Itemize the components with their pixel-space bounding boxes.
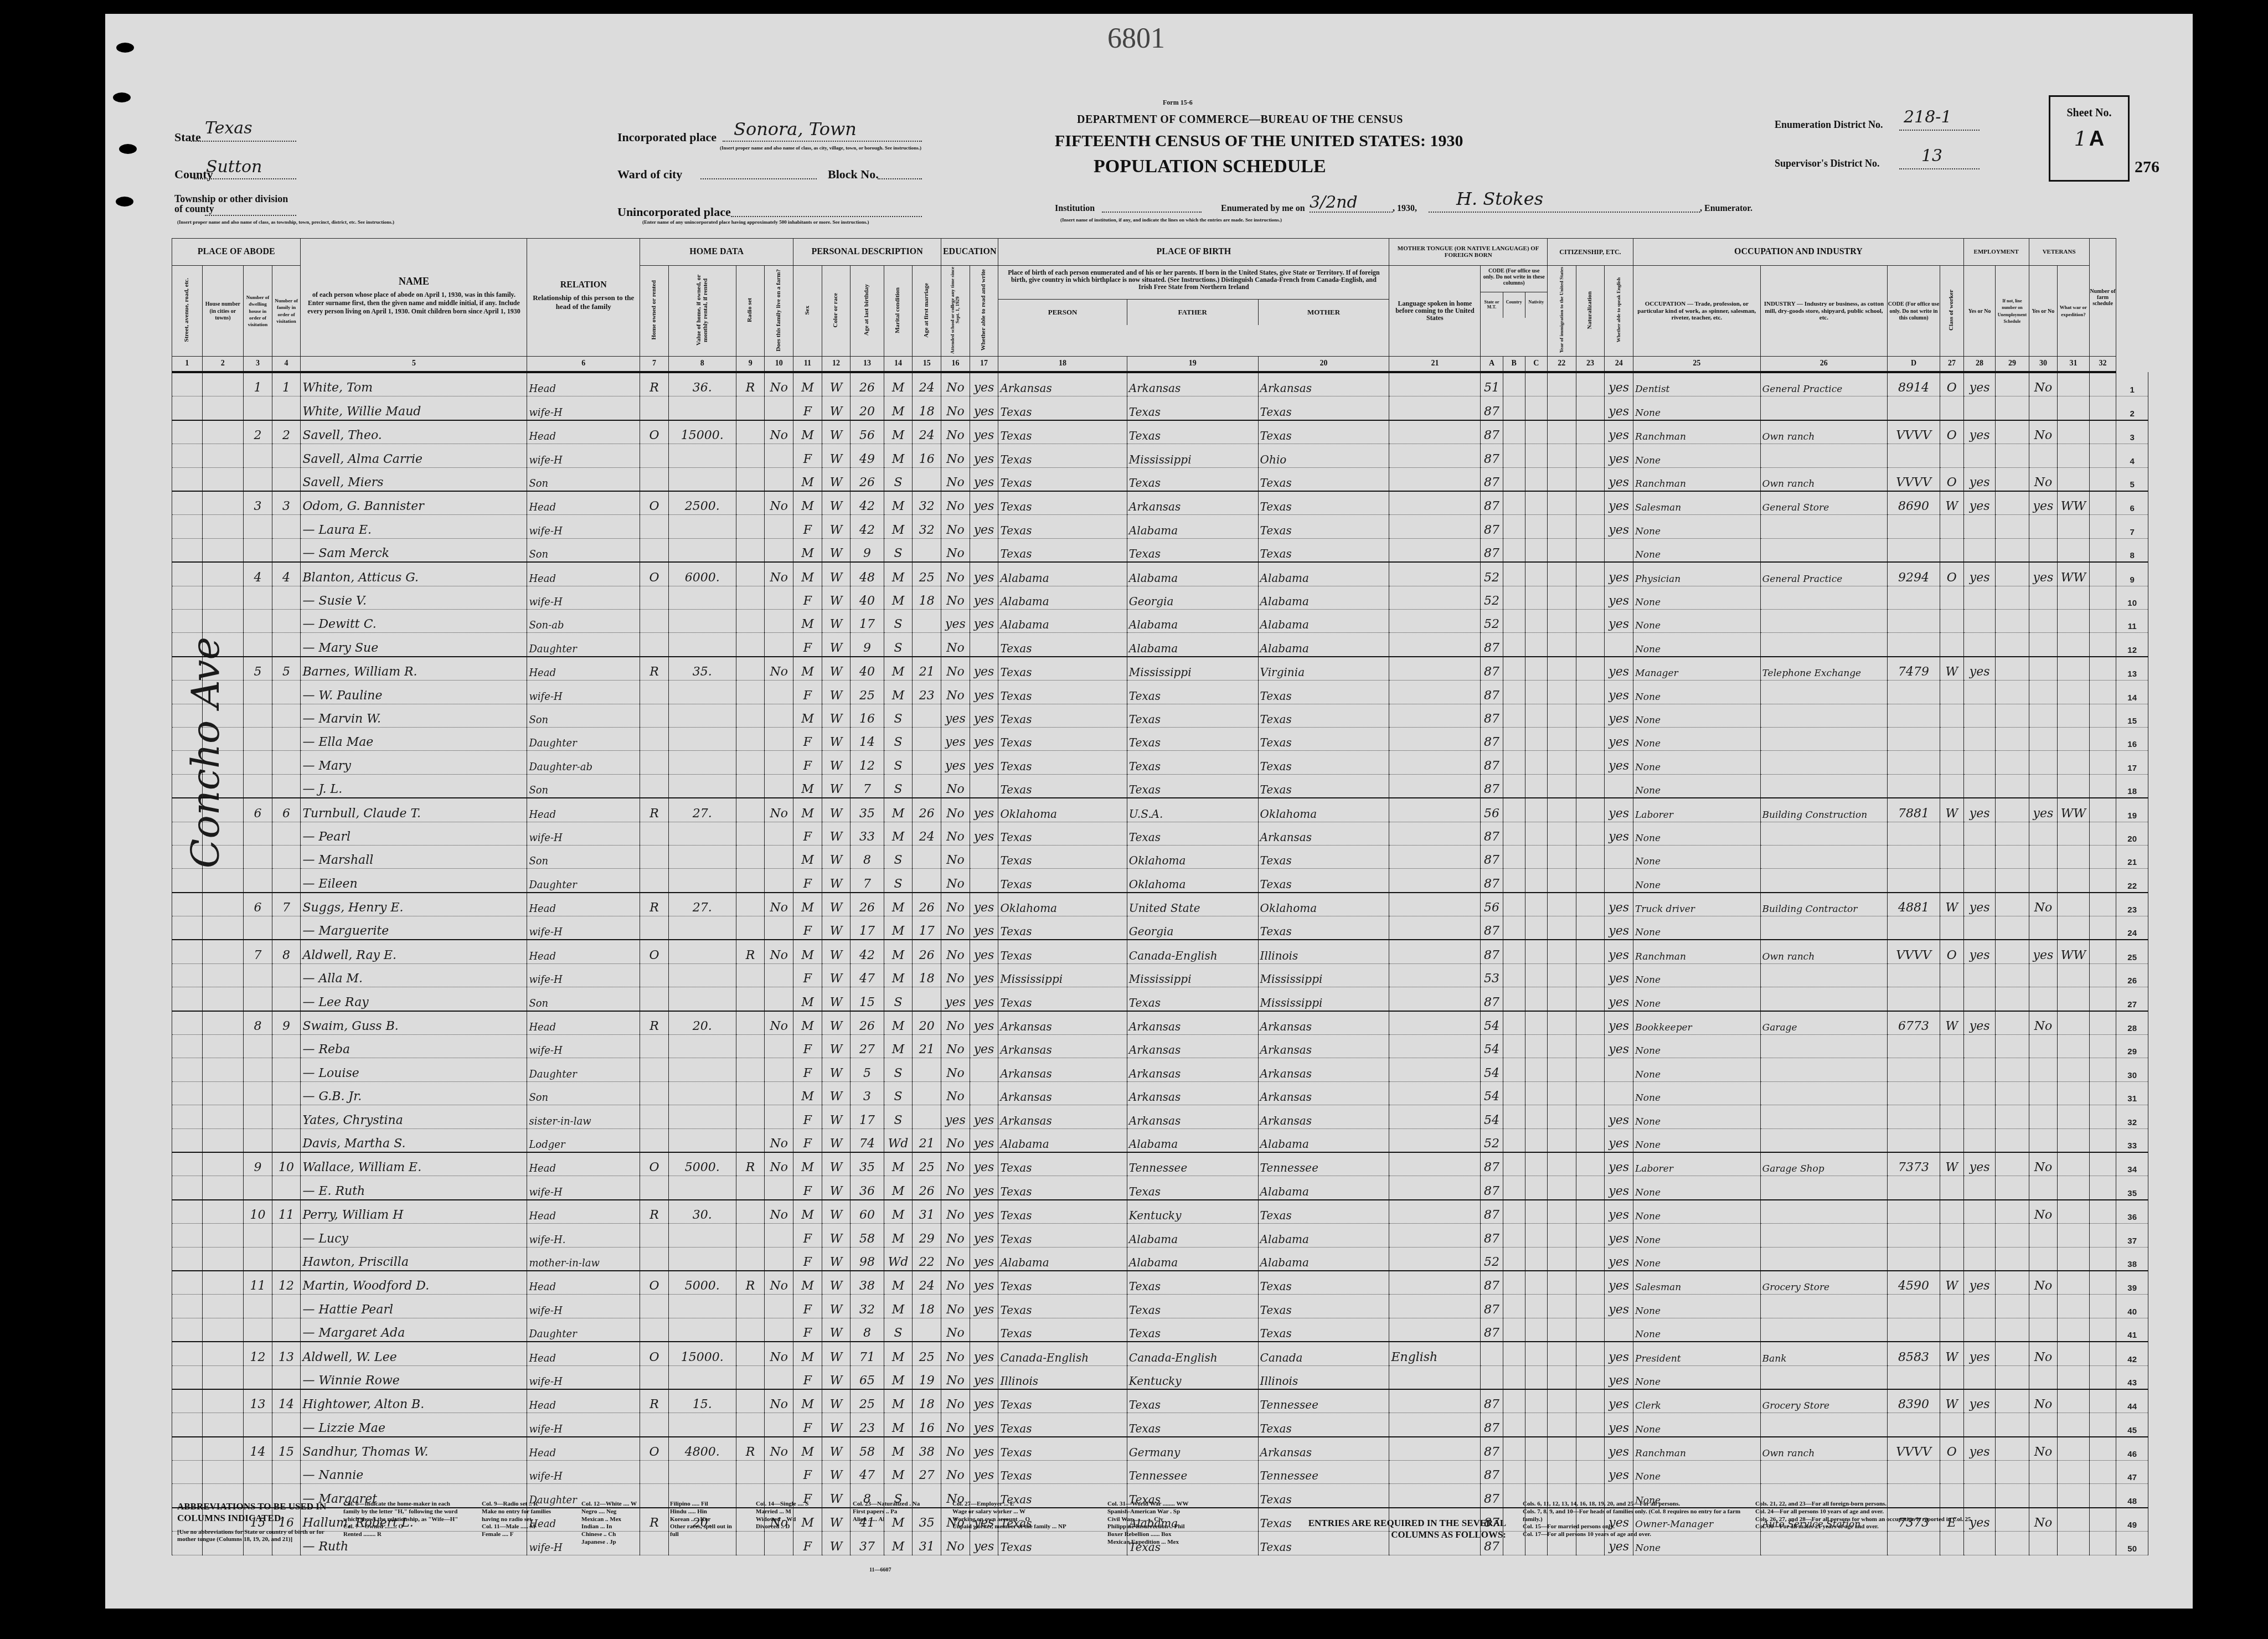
age-cell[interactable]: 8 (850, 845, 884, 868)
mother-tongue-cell[interactable] (1389, 893, 1481, 916)
speaks-english-cell[interactable]: yes (1605, 681, 1633, 704)
occupation-code-cell[interactable] (1888, 396, 1940, 420)
race-cell[interactable]: W (822, 1035, 850, 1058)
war-cell[interactable] (2058, 633, 2089, 657)
age-first-marriage-cell[interactable] (913, 633, 941, 657)
radio-cell[interactable] (736, 562, 765, 586)
birthplace-father-cell[interactable]: Oklahoma (1127, 869, 1258, 893)
war-cell[interactable] (2058, 1105, 2089, 1128)
code-state-cell[interactable]: 52 (1481, 586, 1503, 609)
speaks-english-cell[interactable]: yes (1605, 1437, 1633, 1461)
occupation-cell[interactable]: None (1633, 515, 1760, 538)
relation-cell[interactable]: Son (527, 538, 640, 562)
relation-cell[interactable]: Head (527, 893, 640, 916)
speaks-english-cell[interactable]: yes (1605, 916, 1633, 940)
age-cell[interactable]: 60 (850, 1200, 884, 1224)
blank-cell[interactable] (1525, 1224, 1547, 1247)
school-cell[interactable]: No (941, 586, 970, 609)
radio-cell[interactable]: R (736, 1271, 765, 1295)
dwelling-number-cell[interactable]: 6 (244, 798, 272, 822)
dwelling-number-cell[interactable] (244, 1247, 272, 1271)
blank-cell[interactable] (1503, 1224, 1525, 1247)
occupation-code-cell[interactable] (1888, 1035, 1940, 1058)
race-cell[interactable]: W (822, 444, 850, 467)
blank-cell[interactable] (1503, 1247, 1525, 1271)
speaks-english-cell[interactable]: yes (1605, 1271, 1633, 1295)
farm-cell[interactable]: No (765, 940, 793, 963)
speaks-english-cell[interactable]: yes (1605, 987, 1633, 1011)
birthplace-person-cell[interactable]: Texas (998, 1389, 1127, 1413)
birthplace-father-cell[interactable]: Texas (1127, 774, 1258, 798)
speaks-english-cell[interactable]: yes (1605, 963, 1633, 987)
blank-cell[interactable] (1576, 396, 1605, 420)
radio-cell[interactable] (736, 1200, 765, 1224)
speaks-english-cell[interactable] (1605, 633, 1633, 657)
home-value-cell[interactable] (668, 586, 736, 609)
code-state-cell[interactable]: 87 (1481, 657, 1503, 681)
employed-cell[interactable]: yes (1963, 562, 1995, 586)
mother-tongue-cell[interactable] (1389, 940, 1481, 963)
farm-cell[interactable] (765, 727, 793, 750)
class-of-worker-cell[interactable] (1940, 845, 1963, 868)
blank-cell[interactable] (202, 562, 244, 586)
veteran-cell[interactable] (2029, 1081, 2058, 1105)
home-value-cell[interactable] (668, 916, 736, 940)
relation-cell[interactable]: wife-H (527, 1176, 640, 1200)
blank-cell[interactable] (202, 1389, 244, 1413)
blank-cell[interactable] (2089, 420, 2116, 444)
relation-cell[interactable]: Son (527, 987, 640, 1011)
farm-cell[interactable]: No (765, 562, 793, 586)
employed-cell[interactable] (1963, 681, 1995, 704)
read-write-cell[interactable] (970, 774, 998, 798)
sex-cell[interactable]: M (793, 774, 822, 798)
birthplace-person-cell[interactable]: Canada-English (998, 1342, 1127, 1365)
veteran-cell[interactable] (2029, 1224, 2058, 1247)
veteran-cell[interactable]: yes (2029, 562, 2058, 586)
person-name-cell[interactable]: — Marshall (301, 845, 527, 868)
blank-cell[interactable] (1576, 940, 1605, 963)
sex-cell[interactable]: M (793, 704, 822, 727)
person-name-cell[interactable]: — Susie V. (301, 586, 527, 609)
speaks-english-cell[interactable]: yes (1605, 467, 1633, 491)
age-first-marriage-cell[interactable]: 24 (913, 372, 941, 396)
race-cell[interactable]: W (822, 1295, 850, 1318)
veteran-cell[interactable] (2029, 538, 2058, 562)
family-number-cell[interactable]: 9 (272, 1011, 301, 1035)
birthplace-mother-cell[interactable]: Ohio (1258, 444, 1389, 467)
home-value-cell[interactable] (668, 940, 736, 963)
blank-cell[interactable] (1525, 657, 1547, 681)
veteran-cell[interactable] (2029, 586, 2058, 609)
blank-cell[interactable] (1996, 869, 2029, 893)
blank-cell[interactable] (1503, 822, 1525, 845)
age-first-marriage-cell[interactable]: 21 (913, 1035, 941, 1058)
birthplace-mother-cell[interactable]: Texas (1258, 681, 1389, 704)
dwelling-number-cell[interactable] (244, 467, 272, 491)
blank-cell[interactable] (202, 372, 244, 396)
blank-cell[interactable] (1548, 1271, 1576, 1295)
home-value-cell[interactable] (668, 681, 736, 704)
read-write-cell[interactable]: yes (970, 704, 998, 727)
blank-cell[interactable] (202, 987, 244, 1011)
speaks-english-cell[interactable]: yes (1605, 798, 1633, 822)
birthplace-father-cell[interactable]: Arkansas (1127, 372, 1258, 396)
relation-cell[interactable]: Son (527, 1081, 640, 1105)
blank-cell[interactable] (1503, 1176, 1525, 1200)
relation-cell[interactable]: Head (527, 562, 640, 586)
employed-cell[interactable] (1963, 1247, 1995, 1271)
owned-rented-cell[interactable] (640, 633, 669, 657)
blank-cell[interactable] (1576, 987, 1605, 1011)
radio-cell[interactable] (736, 1176, 765, 1200)
race-cell[interactable]: W (822, 1247, 850, 1271)
occupation-code-cell[interactable] (1888, 1365, 1940, 1389)
age-cell[interactable]: 38 (850, 1271, 884, 1295)
marital-status-cell[interactable]: M (884, 586, 913, 609)
occupation-cell[interactable]: Ranchman (1633, 940, 1760, 963)
veteran-cell[interactable]: No (2029, 1389, 2058, 1413)
farm-cell[interactable] (765, 1105, 793, 1128)
marital-status-cell[interactable]: S (884, 633, 913, 657)
marital-status-cell[interactable]: M (884, 1342, 913, 1365)
industry-cell[interactable] (1760, 1035, 1888, 1058)
speaks-english-cell[interactable]: yes (1605, 657, 1633, 681)
blank-cell[interactable] (172, 1081, 203, 1105)
enumerated-date-field[interactable]: 3/2nd (1310, 200, 1393, 213)
sex-cell[interactable]: F (793, 681, 822, 704)
family-number-cell[interactable]: 11 (272, 1200, 301, 1224)
blank-cell[interactable] (1548, 1176, 1576, 1200)
radio-cell[interactable] (736, 1058, 765, 1081)
dwelling-number-cell[interactable]: 13 (244, 1389, 272, 1413)
war-cell[interactable] (2058, 1058, 2089, 1081)
blank-cell[interactable] (1548, 822, 1576, 845)
occupation-code-cell[interactable] (1888, 751, 1940, 774)
farm-cell[interactable] (765, 822, 793, 845)
radio-cell[interactable] (736, 1247, 765, 1271)
race-cell[interactable]: W (822, 515, 850, 538)
blank-cell[interactable] (172, 610, 203, 633)
blank-cell[interactable] (1525, 1389, 1547, 1413)
read-write-cell[interactable] (970, 845, 998, 868)
race-cell[interactable]: W (822, 1200, 850, 1224)
blank-cell[interactable] (1996, 1247, 2029, 1271)
farm-cell[interactable] (765, 1081, 793, 1105)
radio-cell[interactable] (736, 1413, 765, 1437)
veteran-cell[interactable] (2029, 774, 2058, 798)
birthplace-father-cell[interactable]: Texas (1127, 1389, 1258, 1413)
birthplace-father-cell[interactable]: Tennessee (1127, 1461, 1258, 1484)
family-number-cell[interactable] (272, 1035, 301, 1058)
occupation-cell[interactable]: Laborer (1633, 798, 1760, 822)
blank-cell[interactable] (1576, 633, 1605, 657)
industry-cell[interactable]: Telephone Exchange (1760, 657, 1888, 681)
occupation-code-cell[interactable] (1888, 515, 1940, 538)
blank-cell[interactable] (202, 1413, 244, 1437)
mother-tongue-cell[interactable] (1389, 987, 1481, 1011)
occupation-cell[interactable]: None (1633, 610, 1760, 633)
blank-cell[interactable] (1548, 774, 1576, 798)
read-write-cell[interactable]: yes (970, 1247, 998, 1271)
marital-status-cell[interactable]: M (884, 657, 913, 681)
code-state-cell[interactable]: 87 (1481, 1152, 1503, 1176)
employed-cell[interactable] (1963, 1058, 1995, 1081)
blank-cell[interactable] (2089, 396, 2116, 420)
blank-cell[interactable] (1503, 681, 1525, 704)
relation-cell[interactable]: wife-H (527, 444, 640, 467)
race-cell[interactable]: W (822, 774, 850, 798)
family-number-cell[interactable] (272, 774, 301, 798)
race-cell[interactable]: W (822, 562, 850, 586)
home-value-cell[interactable] (668, 727, 736, 750)
speaks-english-cell[interactable]: yes (1605, 727, 1633, 750)
blank-cell[interactable] (172, 1365, 203, 1389)
age-first-marriage-cell[interactable] (913, 467, 941, 491)
veteran-cell[interactable] (2029, 515, 2058, 538)
radio-cell[interactable] (736, 1128, 765, 1152)
marital-status-cell[interactable]: M (884, 1295, 913, 1318)
employed-cell[interactable] (1963, 610, 1995, 633)
read-write-cell[interactable]: yes (970, 940, 998, 963)
industry-cell[interactable]: Bank (1760, 1342, 1888, 1365)
sex-cell[interactable]: M (793, 467, 822, 491)
blank-cell[interactable] (1576, 1271, 1605, 1295)
blank-cell[interactable] (2089, 633, 2116, 657)
marital-status-cell[interactable]: M (884, 963, 913, 987)
dwelling-number-cell[interactable]: 12 (244, 1342, 272, 1365)
relation-cell[interactable]: Head (527, 1271, 640, 1295)
blank-cell[interactable] (1503, 633, 1525, 657)
mother-tongue-cell[interactable] (1389, 916, 1481, 940)
age-cell[interactable]: 71 (850, 1342, 884, 1365)
sex-cell[interactable]: M (793, 798, 822, 822)
blank-cell[interactable] (202, 467, 244, 491)
age-cell[interactable]: 8 (850, 1318, 884, 1342)
dwelling-number-cell[interactable]: 7 (244, 940, 272, 963)
marital-status-cell[interactable]: M (884, 444, 913, 467)
school-cell[interactable]: No (941, 822, 970, 845)
age-first-marriage-cell[interactable]: 25 (913, 1342, 941, 1365)
family-number-cell[interactable] (272, 1247, 301, 1271)
relation-cell[interactable]: wife-H (527, 1365, 640, 1389)
birthplace-father-cell[interactable]: Mississippi (1127, 444, 1258, 467)
veteran-cell[interactable] (2029, 681, 2058, 704)
blank-cell[interactable] (1525, 916, 1547, 940)
blank-cell[interactable] (1996, 562, 2029, 586)
war-cell[interactable] (2058, 751, 2089, 774)
blank-cell[interactable] (2089, 1247, 2116, 1271)
class-of-worker-cell[interactable]: O (1940, 1437, 1963, 1461)
birthplace-mother-cell[interactable]: Mississippi (1258, 987, 1389, 1011)
class-of-worker-cell[interactable] (1940, 727, 1963, 750)
sex-cell[interactable]: F (793, 869, 822, 893)
blank-cell[interactable] (1548, 798, 1576, 822)
code-state-cell[interactable]: 52 (1481, 610, 1503, 633)
blank-cell[interactable] (172, 1152, 203, 1176)
farm-cell[interactable]: No (765, 1200, 793, 1224)
veteran-cell[interactable] (2029, 1058, 2058, 1081)
owned-rented-cell[interactable] (640, 1247, 669, 1271)
owned-rented-cell[interactable]: O (640, 420, 669, 444)
family-number-cell[interactable] (272, 538, 301, 562)
veteran-cell[interactable] (2029, 657, 2058, 681)
code-state-cell[interactable]: 87 (1481, 515, 1503, 538)
race-cell[interactable]: W (822, 1081, 850, 1105)
employed-cell[interactable]: yes (1963, 420, 1995, 444)
industry-cell[interactable] (1760, 845, 1888, 868)
person-name-cell[interactable]: Davis, Martha S. (301, 1128, 527, 1152)
code-state-cell[interactable]: 54 (1481, 1058, 1503, 1081)
code-state-cell[interactable]: 87 (1481, 444, 1503, 467)
race-cell[interactable]: W (822, 1224, 850, 1247)
blank-cell[interactable] (172, 1224, 203, 1247)
blank-cell[interactable] (1996, 657, 2029, 681)
age-first-marriage-cell[interactable]: 18 (913, 963, 941, 987)
birthplace-father-cell[interactable]: Texas (1127, 1271, 1258, 1295)
sex-cell[interactable]: M (793, 1152, 822, 1176)
occupation-code-cell[interactable] (1888, 1200, 1940, 1224)
sex-cell[interactable]: M (793, 893, 822, 916)
class-of-worker-cell[interactable] (1940, 1413, 1963, 1437)
mother-tongue-cell[interactable]: English (1389, 1342, 1481, 1365)
blank-cell[interactable] (1525, 467, 1547, 491)
war-cell[interactable] (2058, 822, 2089, 845)
birthplace-father-cell[interactable]: Georgia (1127, 916, 1258, 940)
blank-cell[interactable] (1576, 1413, 1605, 1437)
radio-cell[interactable] (736, 1105, 765, 1128)
blank-cell[interactable] (2089, 1200, 2116, 1224)
blank-cell[interactable] (1525, 822, 1547, 845)
employed-cell[interactable] (1963, 704, 1995, 727)
blank-cell[interactable] (1525, 987, 1547, 1011)
home-value-cell[interactable] (668, 633, 736, 657)
blank-cell[interactable] (1996, 1200, 2029, 1224)
family-number-cell[interactable] (272, 1224, 301, 1247)
marital-status-cell[interactable]: M (884, 893, 913, 916)
owned-rented-cell[interactable]: R (640, 1389, 669, 1413)
relation-cell[interactable]: Daughter (527, 1318, 640, 1342)
blank-cell[interactable] (2089, 798, 2116, 822)
blank-cell[interactable] (1576, 1200, 1605, 1224)
blank-cell[interactable] (202, 798, 244, 822)
blank-cell[interactable] (172, 751, 203, 774)
blank-cell[interactable] (1576, 727, 1605, 750)
blank-cell[interactable] (202, 1295, 244, 1318)
blank-cell[interactable] (1576, 444, 1605, 467)
age-cell[interactable]: 17 (850, 610, 884, 633)
race-cell[interactable]: W (822, 1437, 850, 1461)
family-number-cell[interactable] (272, 1295, 301, 1318)
farm-cell[interactable] (765, 444, 793, 467)
family-number-cell[interactable]: 2 (272, 420, 301, 444)
farm-cell[interactable] (765, 633, 793, 657)
blank-cell[interactable] (172, 1318, 203, 1342)
dwelling-number-cell[interactable] (244, 681, 272, 704)
blank-cell[interactable] (1996, 987, 2029, 1011)
blank-cell[interactable] (1548, 1295, 1576, 1318)
blank-cell[interactable] (1548, 704, 1576, 727)
code-state-cell[interactable]: 87 (1481, 1437, 1503, 1461)
school-cell[interactable]: No (941, 963, 970, 987)
code-state-cell[interactable]: 54 (1481, 1081, 1503, 1105)
radio-cell[interactable] (736, 963, 765, 987)
school-cell[interactable]: yes (941, 610, 970, 633)
read-write-cell[interactable] (970, 1318, 998, 1342)
blank-cell[interactable] (1548, 586, 1576, 609)
person-name-cell[interactable]: Hawton, Priscilla (301, 1247, 527, 1271)
class-of-worker-cell[interactable]: O (1940, 467, 1963, 491)
birthplace-person-cell[interactable]: Texas (998, 467, 1127, 491)
birthplace-person-cell[interactable]: Arkansas (998, 1011, 1127, 1035)
occupation-cell[interactable]: None (1633, 1295, 1760, 1318)
speaks-english-cell[interactable]: yes (1605, 893, 1633, 916)
school-cell[interactable]: yes (941, 987, 970, 1011)
occupation-code-cell[interactable] (1888, 822, 1940, 845)
read-write-cell[interactable]: yes (970, 1342, 998, 1365)
dwelling-number-cell[interactable] (244, 1365, 272, 1389)
industry-cell[interactable] (1760, 704, 1888, 727)
blank-cell[interactable] (202, 1271, 244, 1295)
age-cell[interactable]: 9 (850, 633, 884, 657)
code-state-cell[interactable]: 87 (1481, 987, 1503, 1011)
farm-cell[interactable]: No (765, 893, 793, 916)
read-write-cell[interactable]: yes (970, 610, 998, 633)
speaks-english-cell[interactable]: yes (1605, 1176, 1633, 1200)
occupation-cell[interactable]: None (1633, 586, 1760, 609)
birthplace-father-cell[interactable]: Texas (1127, 1318, 1258, 1342)
family-number-cell[interactable]: 15 (272, 1437, 301, 1461)
mother-tongue-cell[interactable] (1389, 1200, 1481, 1224)
veteran-cell[interactable] (2029, 704, 2058, 727)
owned-rented-cell[interactable]: R (640, 893, 669, 916)
blank-cell[interactable] (172, 822, 203, 845)
code-state-cell[interactable]: 87 (1481, 727, 1503, 750)
birthplace-mother-cell[interactable]: Texas (1258, 491, 1389, 515)
owned-rented-cell[interactable] (640, 515, 669, 538)
mother-tongue-cell[interactable] (1389, 1437, 1481, 1461)
mother-tongue-cell[interactable] (1389, 610, 1481, 633)
age-cell[interactable]: 42 (850, 940, 884, 963)
blank-cell[interactable] (202, 1081, 244, 1105)
marital-status-cell[interactable]: Wd (884, 1247, 913, 1271)
class-of-worker-cell[interactable]: W (1940, 1011, 1963, 1035)
birthplace-father-cell[interactable]: Texas (1127, 727, 1258, 750)
employed-cell[interactable] (1963, 822, 1995, 845)
school-cell[interactable]: No (941, 1035, 970, 1058)
blank-cell[interactable] (1996, 704, 2029, 727)
marital-status-cell[interactable]: M (884, 491, 913, 515)
blank-cell[interactable] (1525, 1247, 1547, 1271)
blank-cell[interactable] (172, 515, 203, 538)
sex-cell[interactable]: M (793, 1437, 822, 1461)
veteran-cell[interactable] (2029, 963, 2058, 987)
person-name-cell[interactable]: — J. L. (301, 774, 527, 798)
occupation-code-cell[interactable] (1888, 681, 1940, 704)
age-cell[interactable]: 49 (850, 444, 884, 467)
blank-cell[interactable] (1525, 1011, 1547, 1035)
employed-cell[interactable]: yes (1963, 491, 1995, 515)
code-state-cell[interactable]: 52 (1481, 562, 1503, 586)
war-cell[interactable] (2058, 372, 2089, 396)
birthplace-person-cell[interactable]: Arkansas (998, 1035, 1127, 1058)
radio-cell[interactable] (736, 633, 765, 657)
birthplace-person-cell[interactable]: Illinois (998, 1365, 1127, 1389)
dwelling-number-cell[interactable] (244, 1058, 272, 1081)
radio-cell[interactable] (736, 444, 765, 467)
blank-cell[interactable] (202, 1058, 244, 1081)
blank-cell[interactable] (1525, 1176, 1547, 1200)
